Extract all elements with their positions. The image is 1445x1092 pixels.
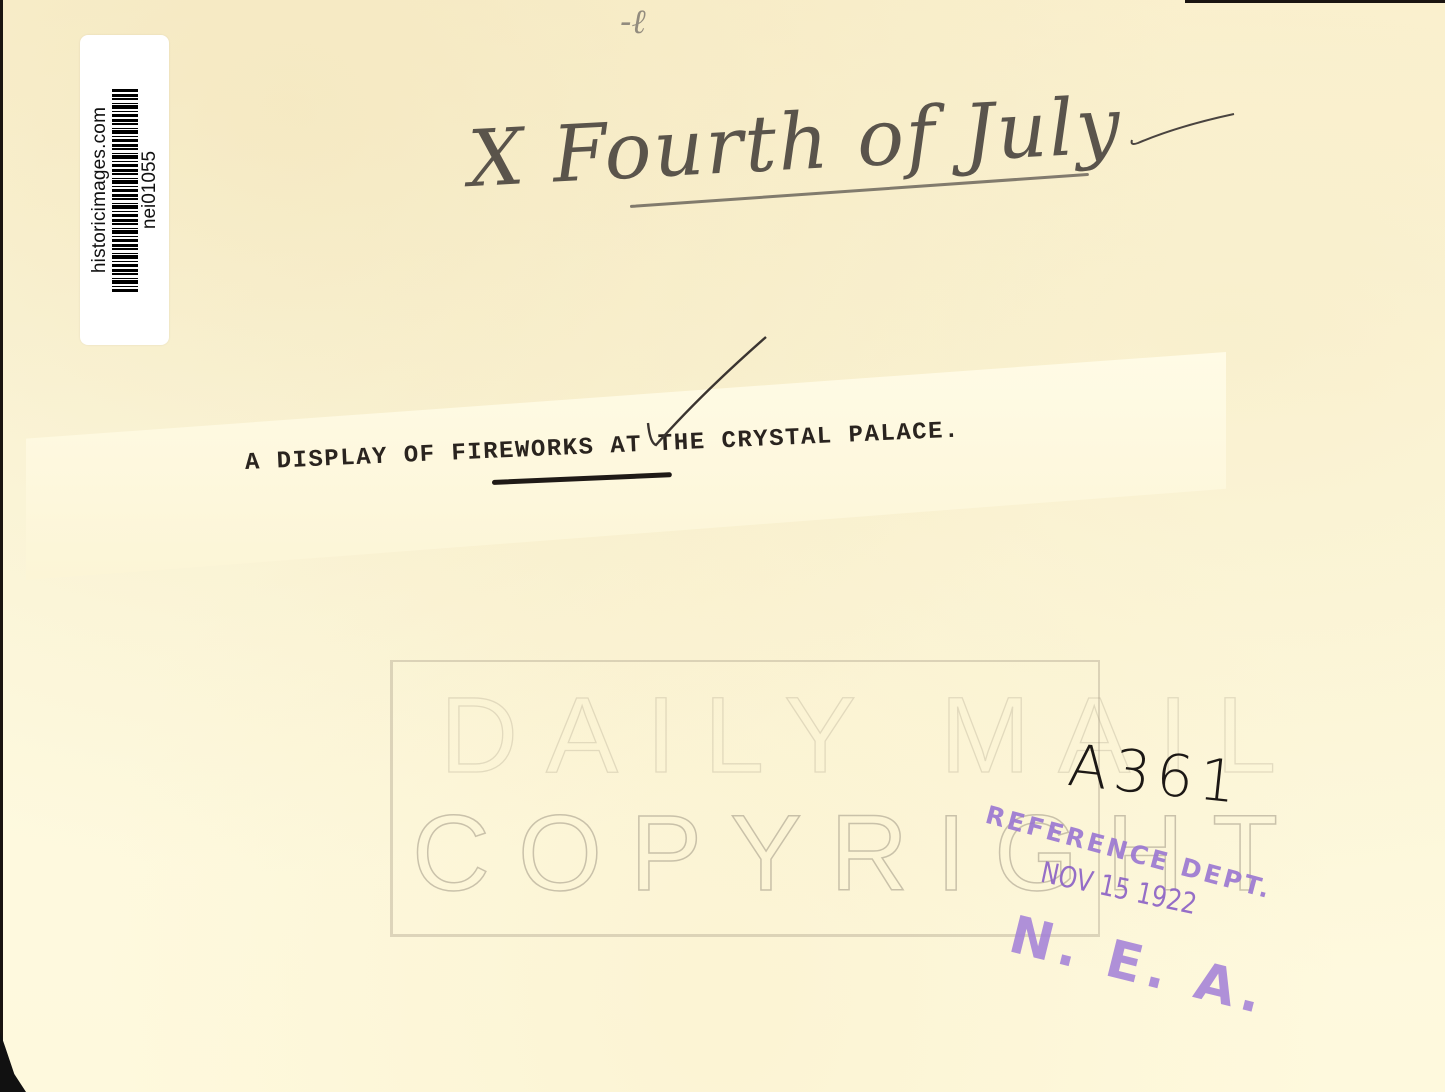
scan-edge-top-right [1185,0,1445,3]
scan-corner-bottom-left [0,1032,26,1092]
stamp-agency: N. E. A. [1003,905,1273,1027]
scan-edge-left [0,0,3,1092]
barcode-icon [112,88,138,293]
label-site-text: historicimages.com [90,107,110,273]
label-id-text: nei01055 [140,151,160,229]
pencil-tick-icon [1128,112,1238,152]
pasted-caption-strip [26,352,1226,580]
barcode-label: historicimages.com nei01055 [80,35,169,345]
handwritten-title: X Fourth of July [466,81,1124,205]
pencil-mark-top: -ℓ [620,2,646,42]
checkmark-icon [640,335,770,455]
